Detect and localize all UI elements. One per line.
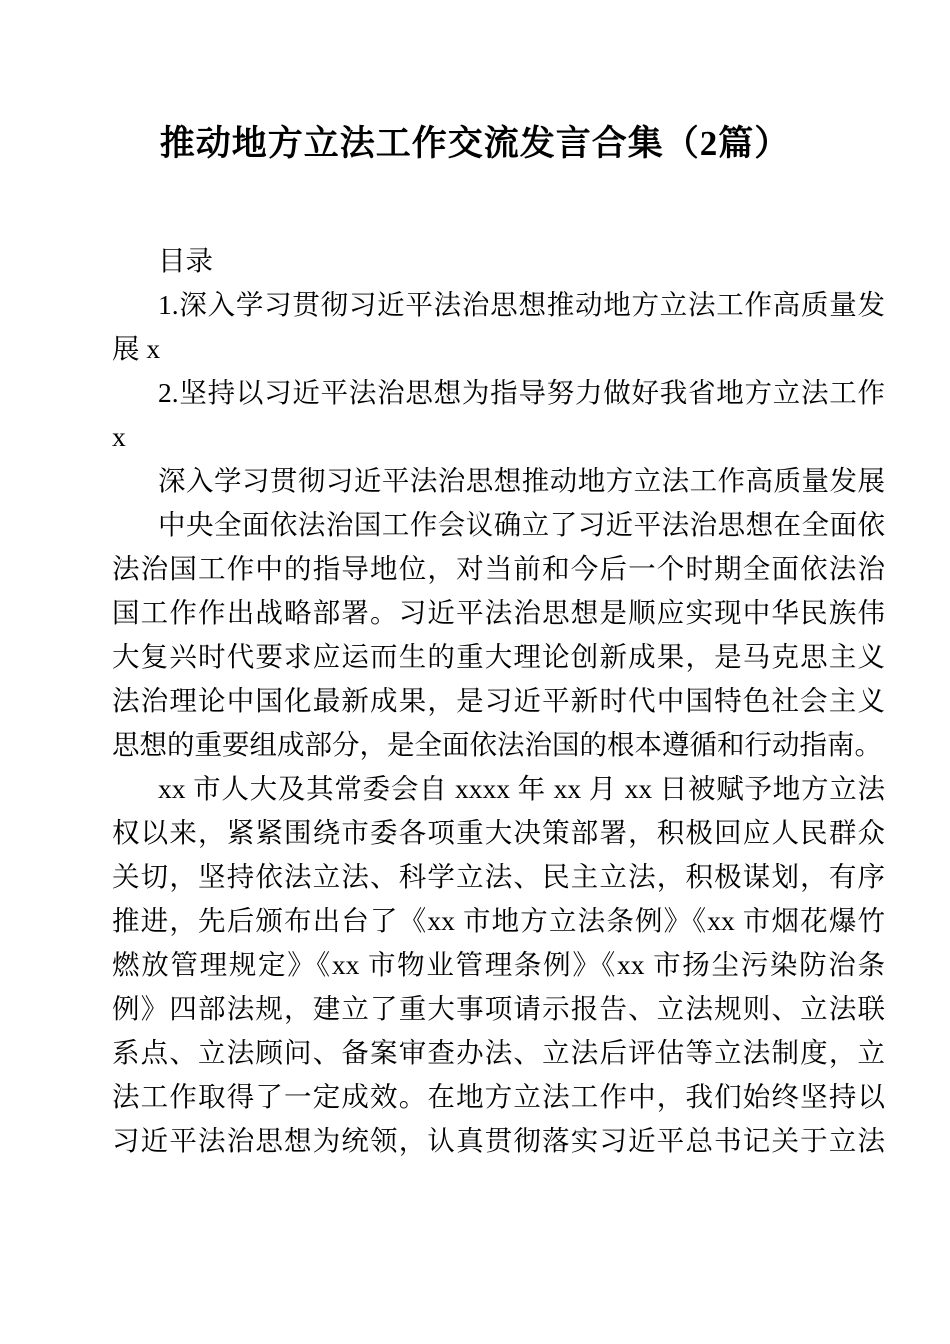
paragraph-line: 法工作取得了一定成效。在地方立法工作中，我们始终坚持以 [112, 1075, 885, 1119]
paragraph-line: 思想的重要组成部分，是全面依法治国的根本遵循和行动指南。 [112, 723, 885, 767]
paragraph-line: 国工作作出战略部署。习近平法治思想是顺应实现中华民族伟 [112, 591, 885, 635]
paragraph-line: 燃放管理规定》《xx 市物业管理条例》《xx 市扬尘污染防治条 [112, 943, 885, 987]
paragraph-line: 大复兴时代要求应运而生的重大理论创新成果，是马克思主义 [112, 635, 885, 679]
document-body: 目录 1.深入学习贯彻习近平法治思想推动地方立法工作高质量发 展 x 2.坚持以… [112, 239, 885, 1163]
paragraph-line: 法治国工作中的指导地位，对当前和今后一个时期全面依法治 [112, 547, 885, 591]
document-page: 推动地方立法工作交流发言合集（2篇） 目录 1.深入学习贯彻习近平法治思想推动地… [0, 0, 950, 1344]
paragraph-line: 法治理论中国化最新成果，是习近平新时代中国特色社会主义 [112, 679, 885, 723]
toc-item-1-text: 1.深入学习贯彻习近平法治思想推动地方立法工作高质量发 [112, 283, 885, 327]
paragraph-line: 系点、立法顾问、备案审查办法、立法后评估等立法制度，立 [112, 1031, 885, 1075]
paragraph-line: 例》四部法规，建立了重大事项请示报告、立法规则、立法联 [112, 987, 885, 1031]
toc-item-2-text: 2.坚持以习近平法治思想为指导努力做好我省地方立法工作 [112, 371, 885, 415]
paragraph-line: 习近平法治思想为统领，认真贯彻落实习近平总书记关于立法 [112, 1119, 885, 1163]
toc-item-1-text-cont: 展 x [112, 327, 885, 371]
paragraph-line: 权以来，紧紧围绕市委各项重大决策部署，积极回应人民群众 [112, 811, 885, 855]
paragraph-line: xx 市人大及其常委会自 xxxx 年 xx 月 xx 日被赋予地方立法 [112, 767, 885, 811]
paragraph-line: 中央全面依法治国工作会议确立了习近平法治思想在全面依 [112, 503, 885, 547]
paragraph-line: 推进，先后颁布出台了《xx 市地方立法条例》《xx 市烟花爆竹 [112, 899, 885, 943]
toc-item-2-text-cont: x [112, 415, 885, 459]
article-1-heading: 深入学习贯彻习近平法治思想推动地方立法工作高质量发展 [112, 459, 885, 503]
paragraph-line: 关切，坚持依法立法、科学立法、民主立法，积极谋划，有序 [112, 855, 885, 899]
toc-heading: 目录 [112, 239, 885, 283]
document-title: 推动地方立法工作交流发言合集（2篇） [0, 118, 950, 170]
